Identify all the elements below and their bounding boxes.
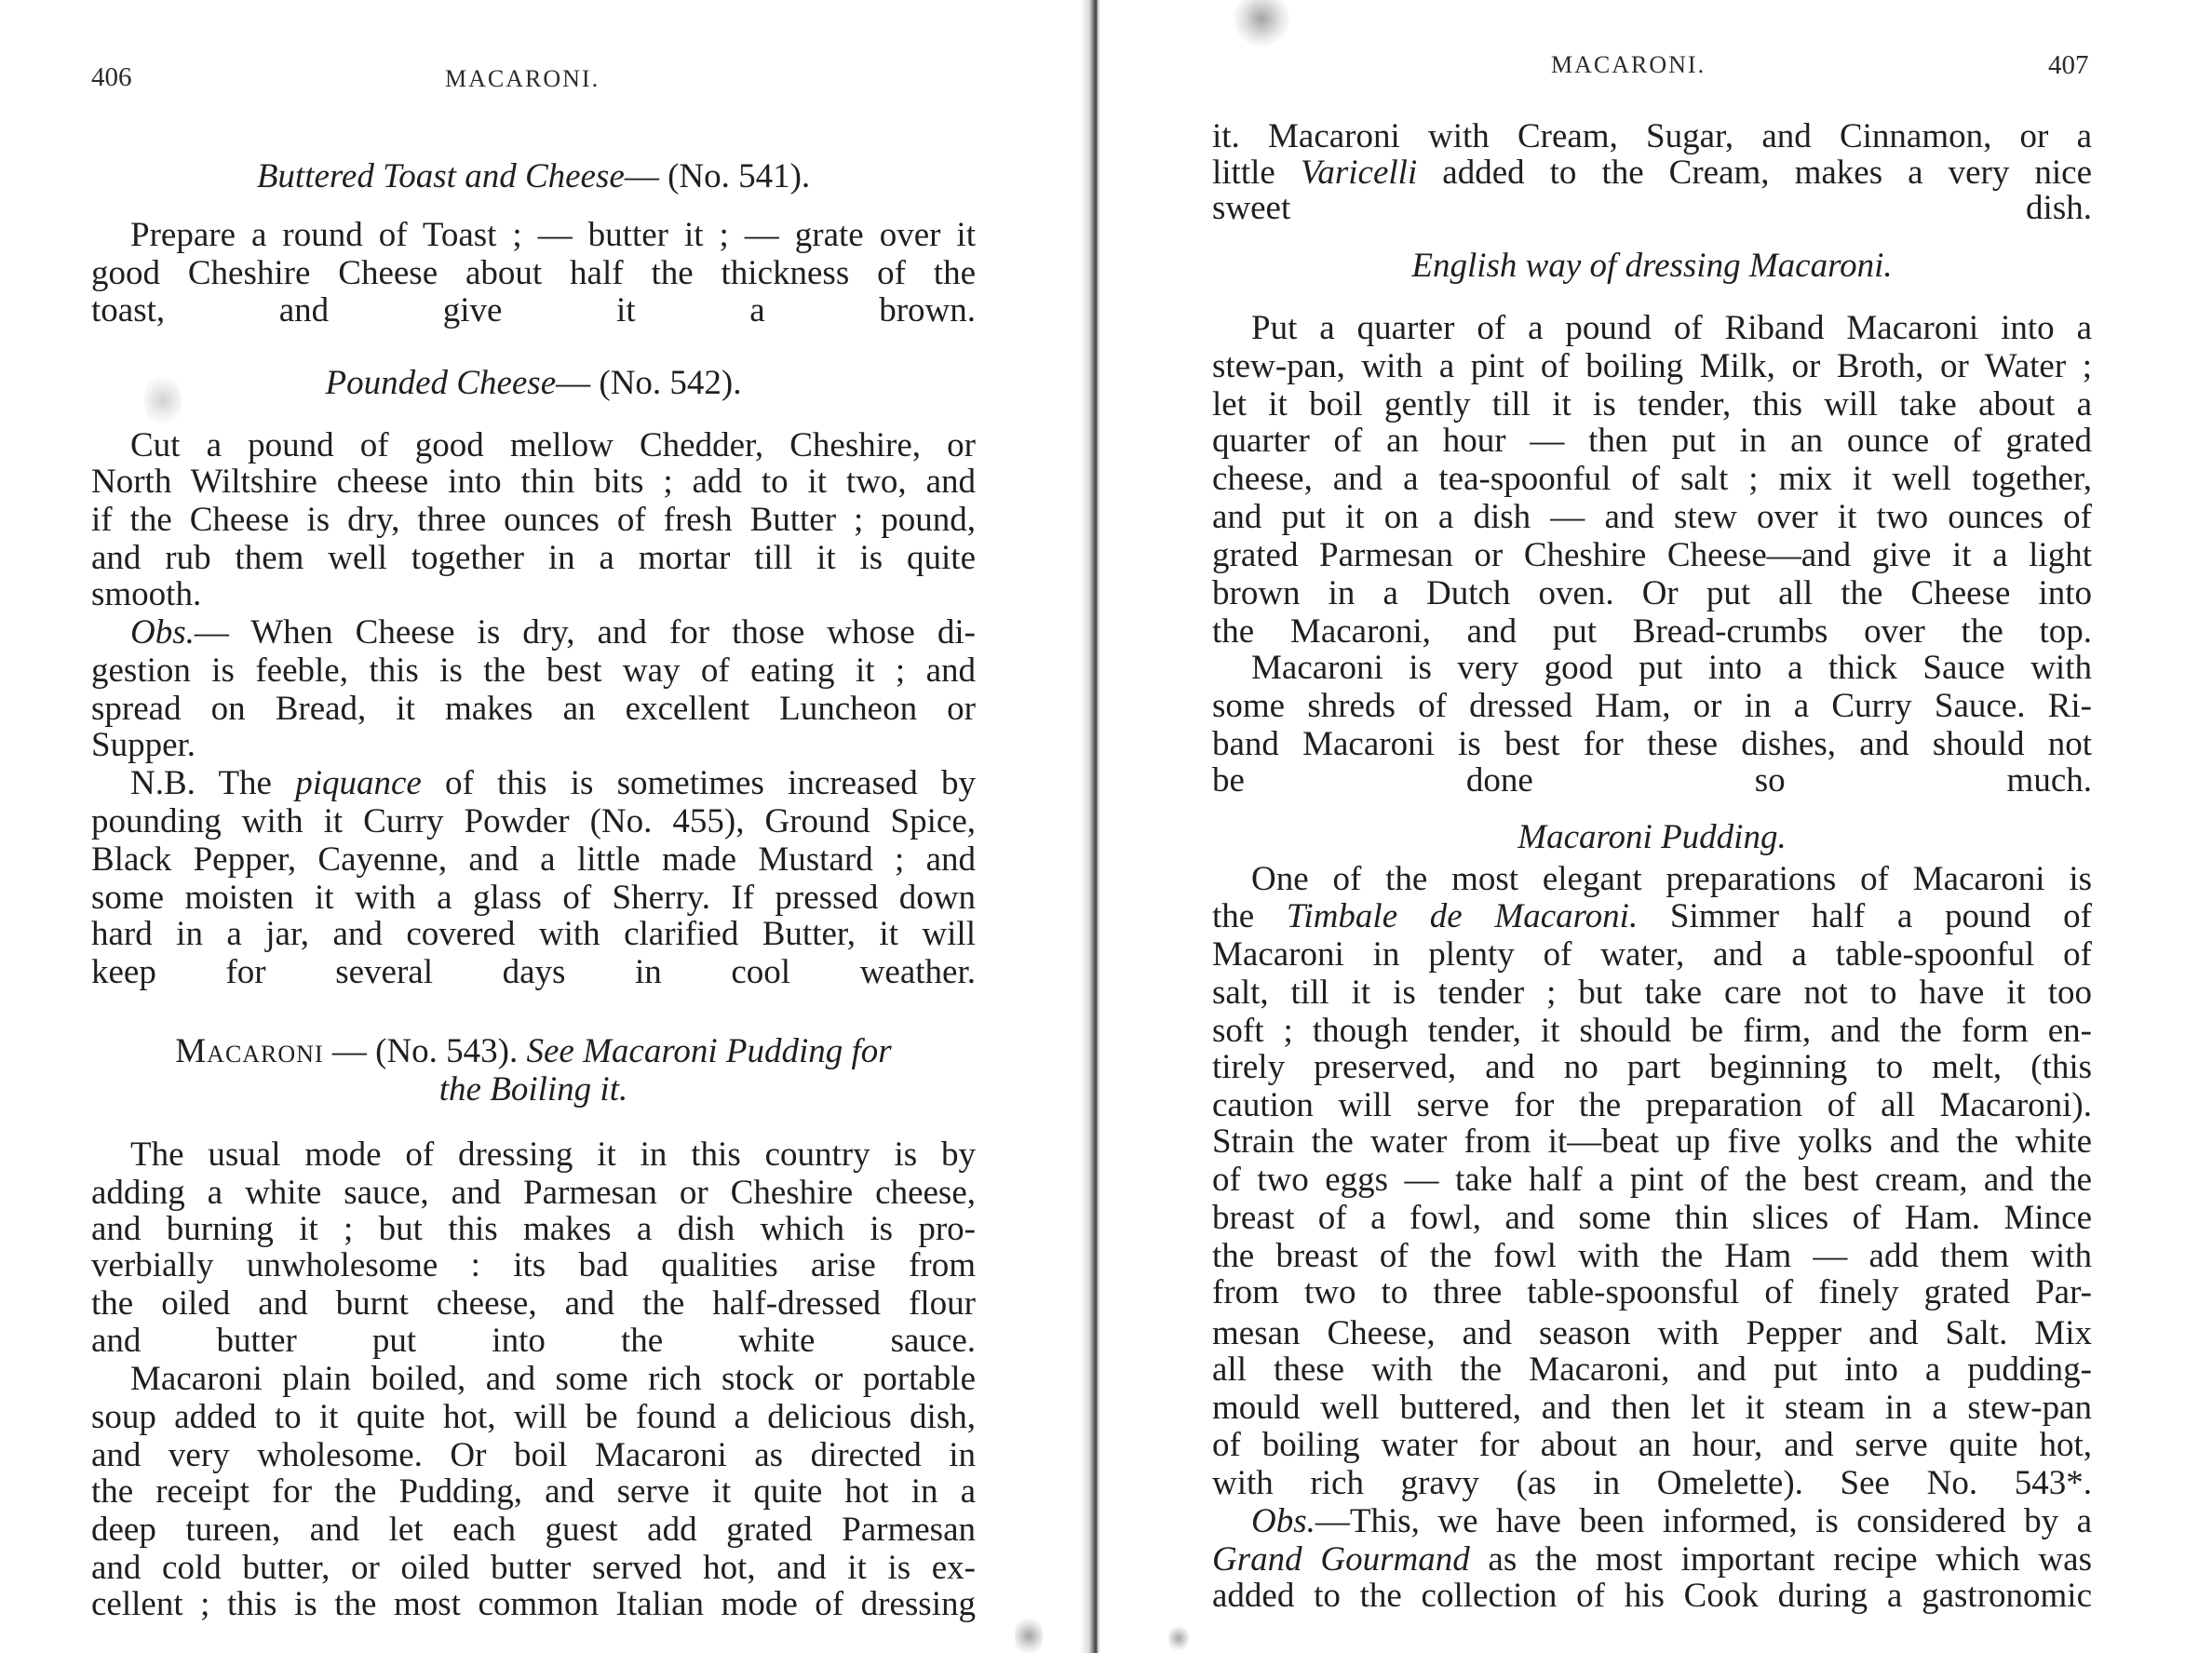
text-line: and burning it ; but this makes a dish w…: [91, 1211, 976, 1248]
text-line: salt, till it is tender ; but take care …: [1212, 974, 2092, 1012]
text-line: quarter of an hour — then put in an ounc…: [1212, 423, 2092, 460]
nb-line: N.B. The piquance of this is sometimes i…: [91, 765, 976, 802]
text-line: brown in a Dutch oven. Or put all the Ch…: [1212, 575, 2092, 612]
text-line: band Macaroni is best for these dishes, …: [1212, 726, 2092, 763]
page-number: 407: [2048, 51, 2089, 79]
text-line: let it boil gently till it is tender, th…: [1212, 386, 2092, 423]
text-line: and rub them well together in a mortar t…: [91, 540, 976, 577]
text-line: hard in a jar, and covered with clarifie…: [91, 916, 976, 953]
text-line: mould well buttered, and then let it ste…: [1212, 1390, 2092, 1427]
text-line: soft ; though tender, it should be firm,…: [1212, 1013, 2092, 1050]
text-line: sweet dish.: [1212, 190, 2092, 227]
text-line: the oiled and burnt cheese, and the half…: [91, 1285, 976, 1323]
text-line: tirely preserved, and no part beginning …: [1212, 1049, 2092, 1086]
section-heading-buttered-toast: Buttered Toast and Cheese— (No. 541).: [91, 158, 976, 195]
text-line: some shreds of dressed Ham, or in a Curr…: [1212, 688, 2092, 725]
text-line: of boiling water for about an hour, and …: [1212, 1427, 2092, 1464]
section-heading-macaroni-cont: the Boiling it.: [91, 1071, 976, 1109]
text-line: and cold butter, or oiled butter served …: [91, 1550, 976, 1587]
text-line: and butter put into the white sauce.: [91, 1323, 976, 1360]
obs-line: Obs.—This, we have been informed, is con…: [1212, 1503, 2092, 1540]
text-line: from two to three table-spoonsful of fin…: [1212, 1274, 2092, 1311]
text-line: Supper.: [91, 727, 976, 764]
text-line: Macaroni is very good put into a thick S…: [1212, 650, 2092, 687]
text-line: Black Pepper, Cayenne, and a little made…: [91, 841, 976, 879]
text-line: added to the collection of his Cook duri…: [1212, 1578, 2092, 1615]
text-line: keep for several days in cool weather.: [91, 954, 976, 991]
text-line: deep tureen, and let each guest add grat…: [91, 1512, 976, 1549]
text-line: spread on Bread, it makes an excellent L…: [91, 691, 976, 728]
text-line: Put a quarter of a pound of Riband Macar…: [1212, 310, 2092, 347]
text-line: toast, and give it a brown.: [91, 292, 976, 329]
text-line: caution will serve for the preparation o…: [1212, 1087, 2092, 1124]
text-line: adding a white sauce, and Parmesan or Ch…: [91, 1175, 976, 1212]
text-line: Prepare a round of Toast ; — butter it ;…: [91, 217, 976, 254]
text-line: all these with the Macaroni, and put int…: [1212, 1351, 2092, 1389]
text-line: the breast of the fowl with the Ham — ad…: [1212, 1238, 2092, 1275]
text-line: the Macaroni, and put Bread-crumbs over …: [1212, 613, 2092, 651]
text-line: and very wholesome. Or boil Macaroni as …: [91, 1437, 976, 1474]
text-line: smooth.: [91, 576, 976, 613]
running-head: MACARONI.: [445, 65, 600, 93]
text-line: grated Parmesan or Cheshire Cheese—and g…: [1212, 537, 2092, 574]
text-line: Macaroni plain boiled, and some rich sto…: [91, 1361, 976, 1398]
text-line: Cut a pound of good mellow Chedder, Ches…: [91, 427, 976, 464]
text-line: the receipt for the Pudding, and serve i…: [91, 1473, 976, 1511]
page-number: 406: [91, 63, 132, 91]
right-page: MACARONI. 407 it. Macaroni with Cream, S…: [1099, 0, 2212, 1653]
section-heading-macaroni-pudding: Macaroni Pudding.: [1212, 819, 2092, 856]
text-line: good Cheshire Cheese about half the thic…: [91, 255, 976, 292]
text-line: it. Macaroni with Cream, Sugar, and Cinn…: [1212, 118, 2092, 155]
text-line: cellent ; this is the most common Italia…: [91, 1586, 976, 1623]
text-line: the Timbale de Macaroni. Simmer half a p…: [1212, 898, 2092, 935]
text-line: of two eggs — take half a pint of the be…: [1212, 1162, 2092, 1199]
text-line: One of the most elegant preparations of …: [1212, 861, 2092, 898]
text-line: little Varicelli added to the Cream, mak…: [1212, 155, 2092, 192]
text-line: stew-pan, with a pint of boiling Milk, o…: [1212, 348, 2092, 385]
section-heading-macaroni: Macaroni — (No. 543). See Macaroni Puddi…: [91, 1033, 976, 1070]
text-line: gestion is feeble, this is the best way …: [91, 652, 976, 690]
text-line: breast of a fowl, and some thin slices o…: [1212, 1200, 2092, 1237]
section-heading-pounded-cheese: Pounded Cheese— (No. 542).: [91, 365, 976, 402]
text-line: and put it on a dish — and stew over it …: [1212, 499, 2092, 536]
text-line: with rich gravy (as in Omelette). See No…: [1212, 1465, 2092, 1502]
text-line: pounding with it Curry Powder (No. 455),…: [91, 803, 976, 840]
text-line: verbially unwholesome : its bad qualitie…: [91, 1247, 976, 1284]
left-page: 406 MACARONI. Buttered Toast and Cheese—…: [0, 0, 1085, 1653]
text-line: Strain the water from it—beat up five yo…: [1212, 1123, 2092, 1161]
text-line: North Wiltshire cheese into thin bits ; …: [91, 464, 976, 501]
running-head: MACARONI.: [1551, 51, 1706, 79]
text-line: Grand Gourmand as the most important rec…: [1212, 1541, 2092, 1579]
text-line: if the Cheese is dry, three ounces of fr…: [91, 502, 976, 539]
obs-line: Obs.— When Cheese is dry, and for those …: [91, 614, 976, 652]
text-line: some moisten it with a glass of Sherry. …: [91, 880, 976, 917]
text-line: The usual mode of dressing it in this co…: [91, 1136, 976, 1174]
text-line: cheese, and a tea-spoonful of salt ; mix…: [1212, 461, 2092, 498]
text-line: Macaroni in plenty of water, and a table…: [1212, 936, 2092, 974]
text-line: mesan Cheese, and season with Pepper and…: [1212, 1315, 2092, 1352]
text-line: soup added to it quite hot, will be foun…: [91, 1399, 976, 1436]
section-heading-english-way: English way of dressing Macaroni.: [1212, 248, 2092, 285]
text-line: be done so much.: [1212, 762, 2092, 800]
